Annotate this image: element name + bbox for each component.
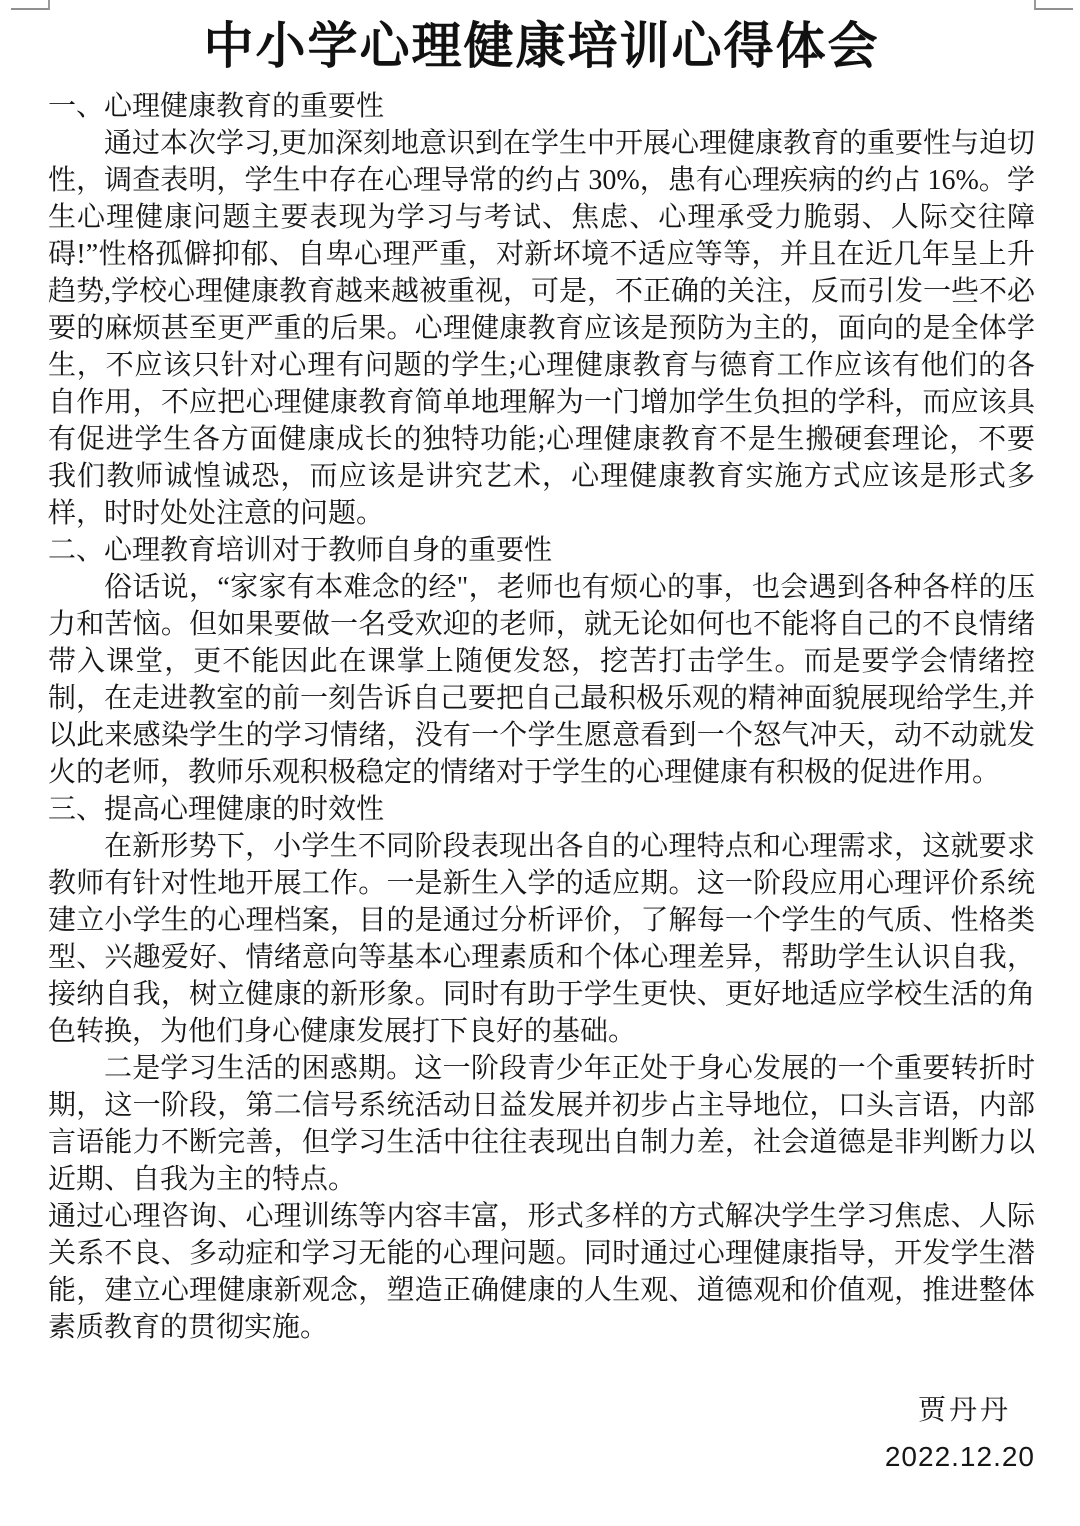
signature-block: 贾丹丹 2022.12.20 bbox=[48, 1388, 1035, 1480]
section-3-paragraph-1: 在新形势下，小学生不同阶段表现出各自的心理特点和心理需求，这就要求教师有针对性地… bbox=[48, 828, 1035, 1050]
document-page: 中小学心理健康培训心得体会 一、心理健康教育的重要性 通过本次学习,更加深刻地意… bbox=[0, 0, 1080, 1526]
section-heading-2: 二、心理教育培训对于教师自身的重要性 bbox=[48, 532, 1035, 569]
section-1-paragraph-1: 通过本次学习,更加深刻地意识到在学生中开展心理健康教育的重要性与迫切性，调查表明… bbox=[48, 125, 1035, 532]
document-body: 中小学心理健康培训心得体会 一、心理健康教育的重要性 通过本次学习,更加深刻地意… bbox=[0, 0, 1080, 1480]
section-2-paragraph-1: 俗话说，“家家有本难念的经"，老师也有烦心的事，也会遇到各种各样的压力和苦恼。但… bbox=[48, 569, 1035, 791]
section-heading-3: 三、提高心理健康的时效性 bbox=[48, 791, 1035, 828]
document-title: 中小学心理健康培训心得体会 bbox=[48, 14, 1035, 78]
scan-corner-mark-right bbox=[1034, 0, 1073, 10]
signature-author: 贾丹丹 bbox=[48, 1388, 1035, 1434]
scan-corner-mark-left bbox=[11, 0, 50, 10]
section-3-paragraph-3: 通过心理咨询、心理训练等内容丰富，形式多样的方式解决学生学习焦虑、人际关系不良、… bbox=[48, 1198, 1035, 1346]
signature-date: 2022.12.20 bbox=[48, 1434, 1035, 1480]
section-heading-1: 一、心理健康教育的重要性 bbox=[48, 88, 1035, 125]
document-text: 一、心理健康教育的重要性 通过本次学习,更加深刻地意识到在学生中开展心理健康教育… bbox=[48, 88, 1035, 1346]
section-3-paragraph-2: 二是学习生活的困惑期。这一阶段青少年正处于身心发展的一个重要转折时期，这一阶段，… bbox=[48, 1050, 1035, 1198]
